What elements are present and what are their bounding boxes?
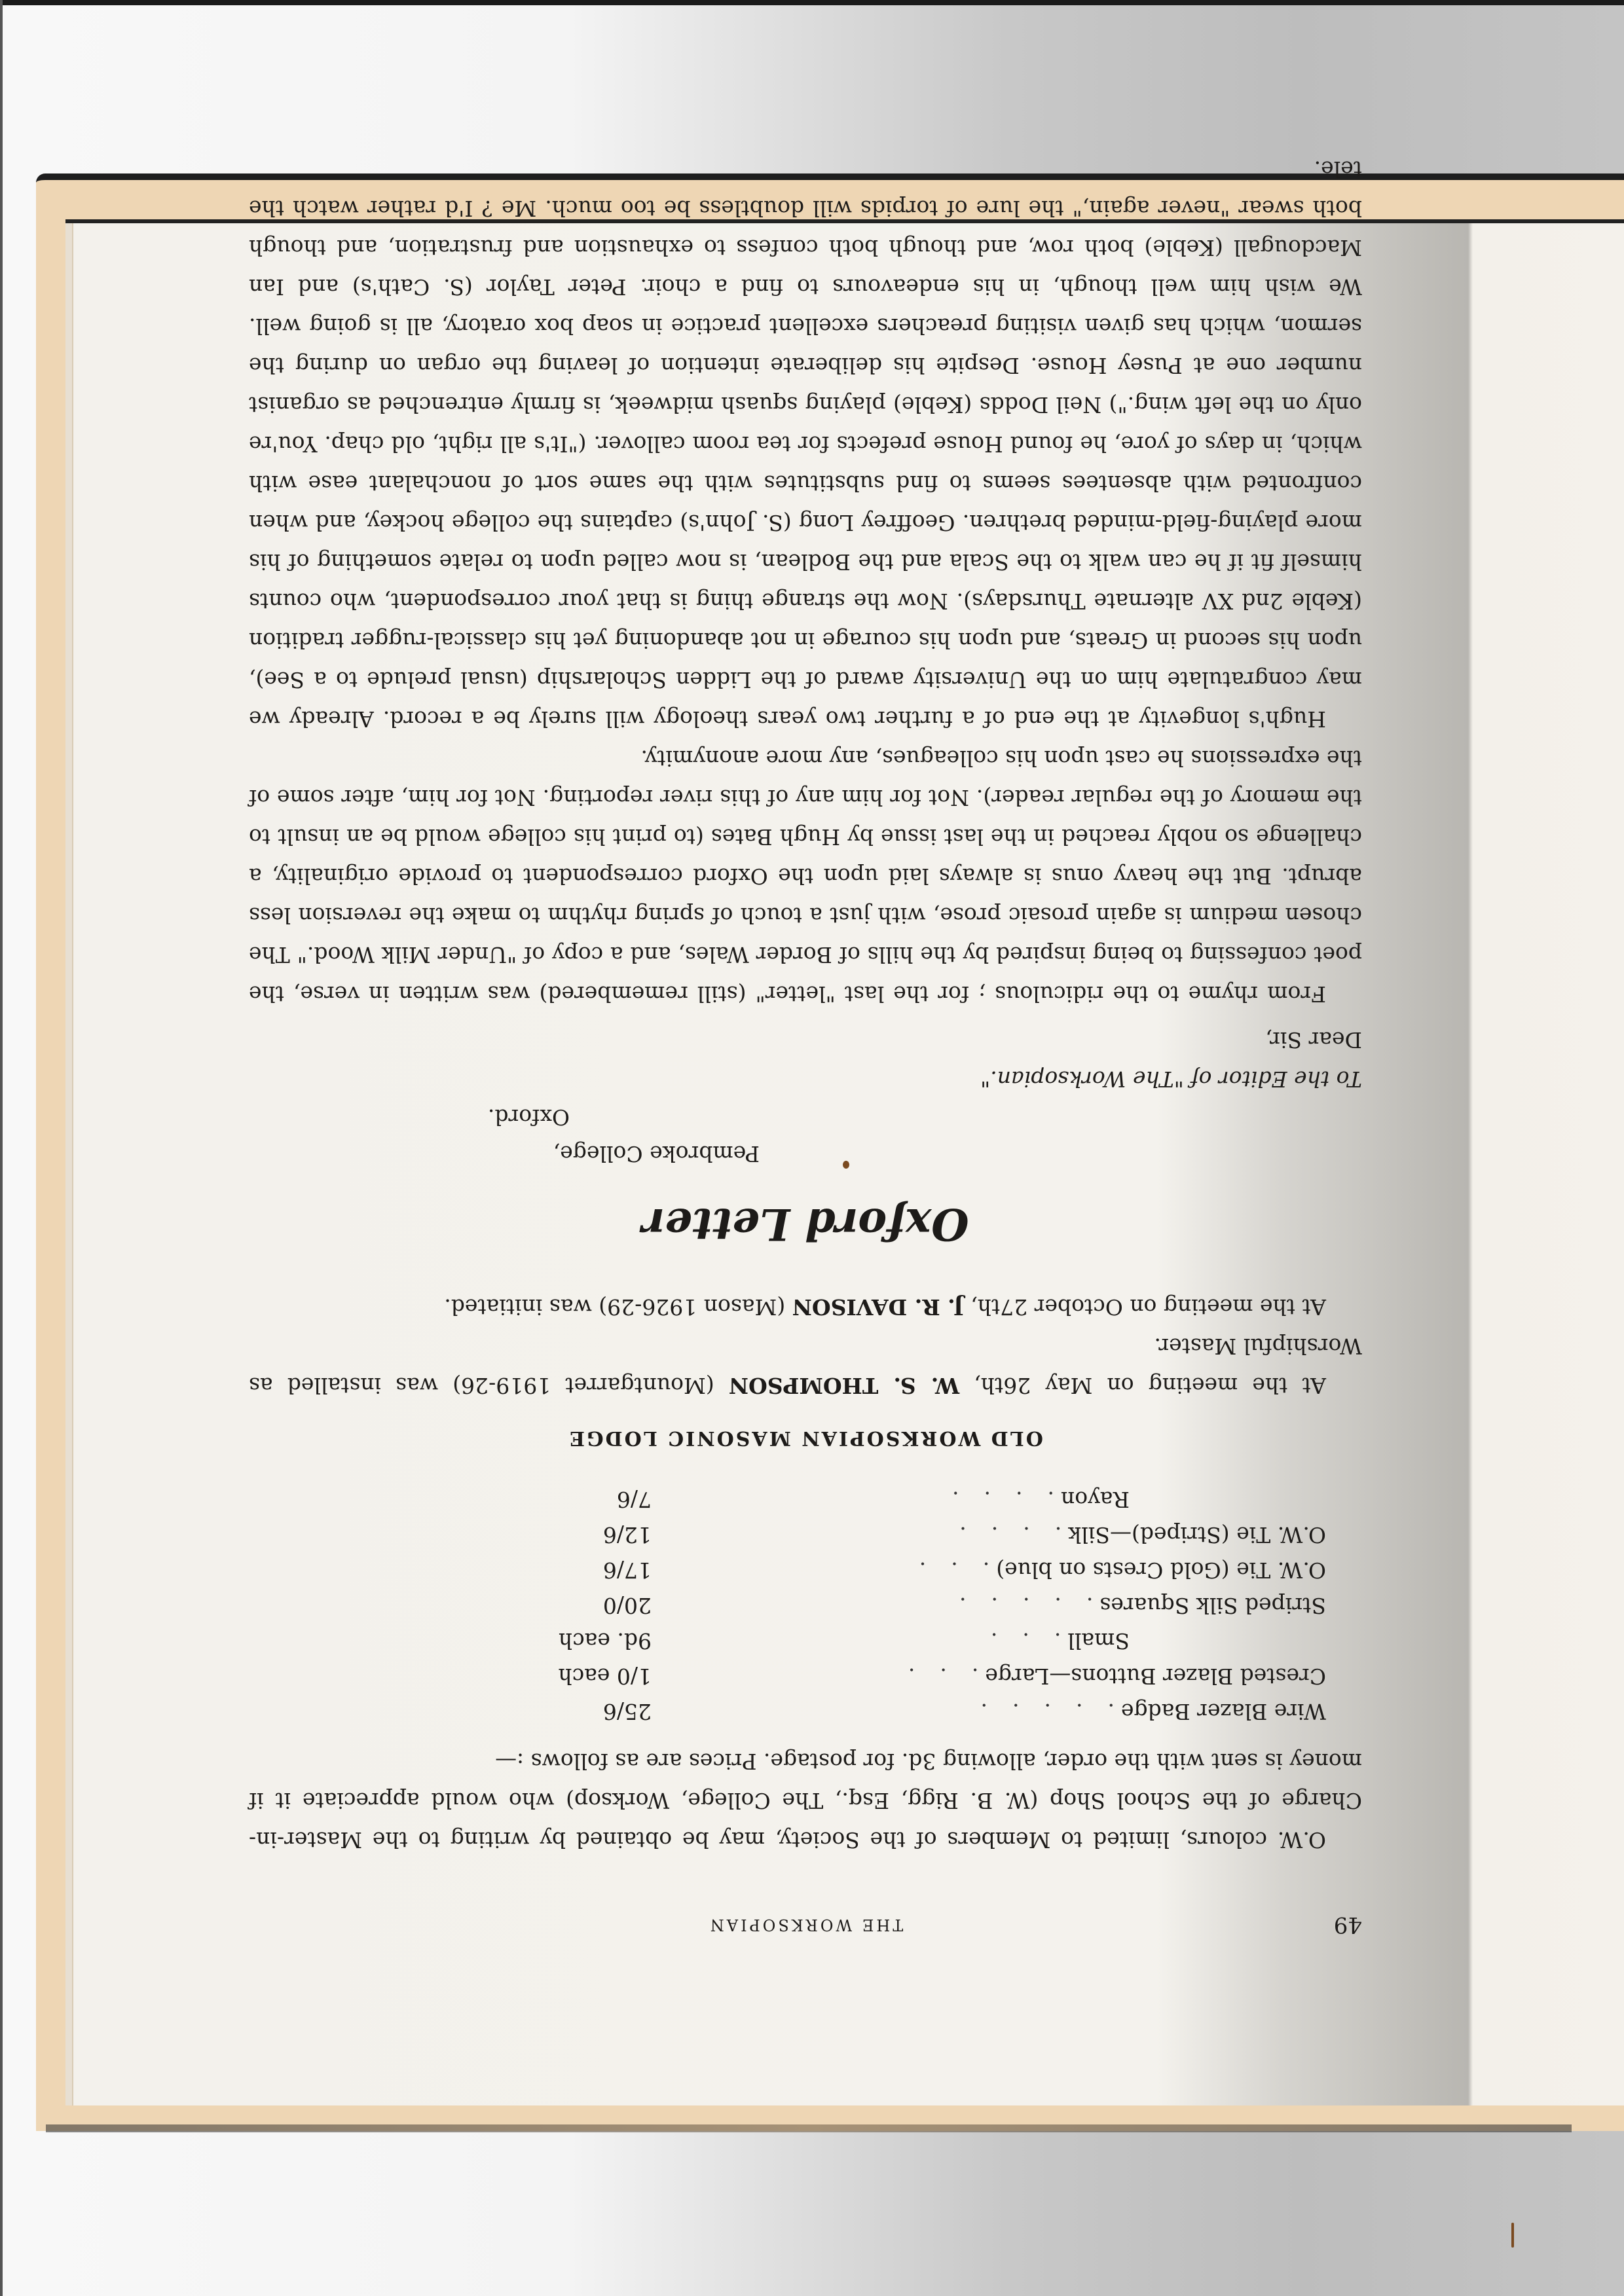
page-content-rotated: THE WORKSOPIAN 49 O.W. colours, limited … <box>249 419 1362 1944</box>
address-line: Pembroke College, <box>553 1141 760 1167</box>
running-head: THE WORKSOPIAN 49 <box>249 1905 1362 1944</box>
lodge-member-name: W. S. THOMPSON <box>729 1373 959 1398</box>
leader-dots: ... <box>652 1656 985 1696</box>
price-value: 1/0 each <box>553 1656 652 1696</box>
oxford-letter-title: Oxford Letter <box>249 1198 1362 1250</box>
price-list: Wire Blazer Badge ..... 25/6 Crested Bla… <box>553 1484 1326 1731</box>
lodge-paragraph-initiation: At the meeting on October 27th, J. R. DA… <box>249 1287 1362 1326</box>
price-item: Striped Silk Squares <box>1099 1586 1326 1625</box>
leader-dots: .... <box>652 1480 1061 1519</box>
lodge-text: At the meeting on May 26th, <box>974 1373 1326 1398</box>
page-gutter-line <box>65 223 73 2105</box>
page-number: 49 <box>1334 1905 1362 1944</box>
price-row: O.W. Tie (Gold Crests on blue) ... 17/6 <box>553 1554 1326 1590</box>
letter-salutation: Dear Sir, <box>249 1020 1362 1059</box>
price-row: Crested Blazer Buttons—Large ... 1/0 eac… <box>553 1660 1326 1696</box>
price-row: Rayon .... 7/6 <box>553 1484 1326 1519</box>
price-item: Crested Blazer Buttons—Large <box>985 1656 1326 1696</box>
colours-notice: O.W. colours, limited to Members of the … <box>249 1741 1362 1859</box>
paper-fibre-mark <box>1511 2223 1514 2248</box>
price-row: Wire Blazer Badge ..... 25/6 <box>553 1696 1326 1731</box>
lodge-text: (Mason 1926-29) was initiated. <box>444 1294 785 1320</box>
lodge-paragraph-installation: At the meeting on May 26th, W. S. THOMPS… <box>249 1326 1362 1405</box>
price-value: 20/0 <box>553 1586 652 1625</box>
book-bottom-edge <box>46 2124 1572 2132</box>
price-value: 9d. each <box>553 1621 652 1660</box>
letter-address: Pembroke College, Oxford. <box>249 1099 760 1172</box>
price-value: 7/6 <box>553 1480 652 1519</box>
leader-dots: ... <box>652 1550 996 1590</box>
price-row: Small ... 9d. each <box>553 1625 1326 1660</box>
price-value: 12/6 <box>553 1515 652 1554</box>
scanner-left-edge <box>0 0 3 2296</box>
letter-paragraph: From rhyme to the ridiculous ; for the l… <box>249 738 1362 1013</box>
price-row: O.W. Tie (Striped)—Silk .... 12/6 <box>553 1519 1326 1554</box>
price-value: 17/6 <box>553 1550 652 1590</box>
letter-recipient: To the Editor of "The Worksopian." <box>249 1059 1362 1099</box>
running-head-title: THE WORKSOPIAN <box>249 1905 1362 1944</box>
price-value: 25/6 <box>553 1692 652 1731</box>
lodge-member-name: J. R. DAVISON <box>792 1294 964 1320</box>
leader-dots: ..... <box>652 1692 1121 1731</box>
price-item: Small <box>1067 1621 1326 1660</box>
price-item: O.W. Tie (Gold Crests on blue) <box>996 1550 1326 1590</box>
leader-dots: ... <box>652 1621 1067 1660</box>
price-row: Striped Silk Squares ..... 20/0 <box>553 1590 1326 1625</box>
price-item: Wire Blazer Badge <box>1121 1692 1326 1731</box>
price-item: Rayon <box>1061 1480 1326 1519</box>
masonic-lodge-heading: OLD WORKSOPIAN MASONIC LODGE <box>249 1418 1362 1457</box>
scanner-top-edge <box>0 0 1624 5</box>
address-city: Oxford. <box>249 1099 570 1135</box>
letter-paragraph: Hugh's longevity at the end of a further… <box>249 149 1362 738</box>
leader-dots: ..... <box>652 1586 1099 1625</box>
leader-dots: .... <box>652 1515 1068 1554</box>
price-item: O.W. Tie (Striped)—Silk <box>1068 1515 1326 1554</box>
lodge-text: At the meeting on October 27th, <box>970 1294 1326 1320</box>
